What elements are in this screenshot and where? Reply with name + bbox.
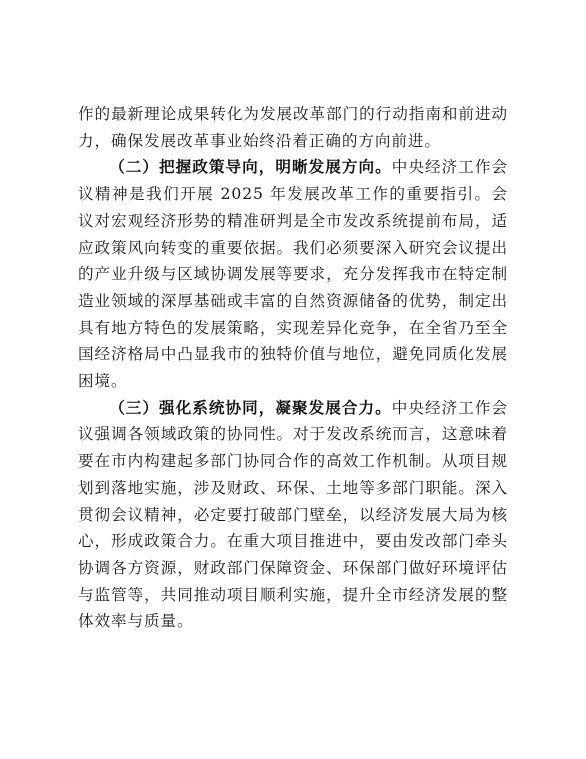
paragraph-text: 中央经济工作会议精神是我们开展 2025 年发展改革工作的重要指引。会议对宏观经…: [78, 158, 508, 390]
paragraph-section-2: （二）把握政策导向，明晰发展方向。中央经济工作会议精神是我们开展 2025 年发…: [78, 154, 508, 394]
paragraph-continuation: 作的最新理论成果转化为发展改革部门的行动指南和前进动力，确保发展改革事业始终沿着…: [78, 101, 508, 154]
paragraph-section-3: （三）强化系统协同，凝聚发展合力。中央经济工作会议强调各领域政策的协同性。对于发…: [78, 395, 508, 635]
section-heading: （二）把握政策导向，明晰发展方向。: [109, 157, 392, 176]
section-heading: （三）强化系统协同，凝聚发展合力。: [109, 398, 392, 417]
document-page: 作的最新理论成果转化为发展改革部门的行动指南和前进动力，确保发展改革事业始终沿着…: [78, 101, 508, 635]
paragraph-text: 中央经济工作会议强调各领域政策的协同性。对于发改系统而言，这意味着要在市内构建起…: [78, 399, 508, 631]
paragraph-text: 作的最新理论成果转化为发展改革部门的行动指南和前进动力，确保发展改革事业始终沿着…: [78, 105, 508, 150]
